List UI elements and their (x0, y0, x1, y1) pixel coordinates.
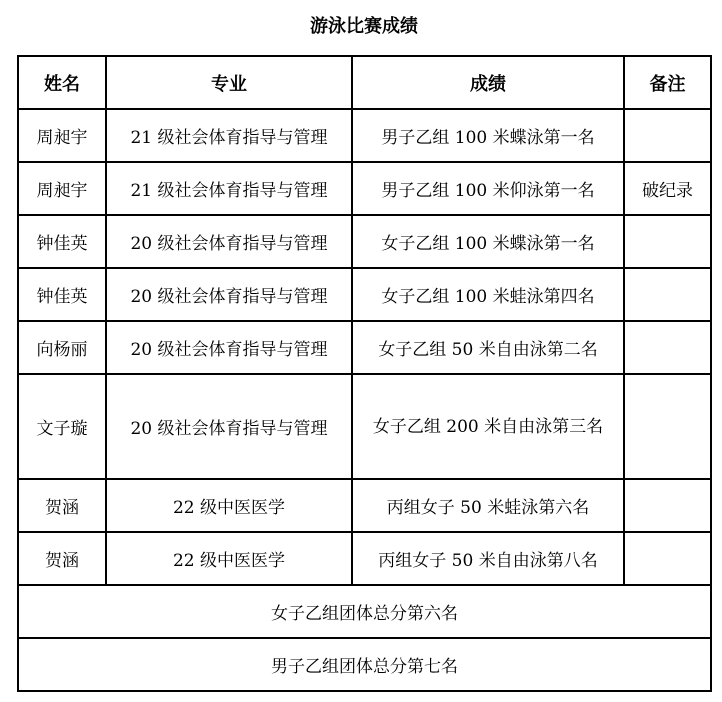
cell-name: 贺涵 (18, 532, 106, 585)
cell-major: 20 级社会体育指导与管理 (106, 321, 352, 374)
table-row: 文子璇 20 级社会体育指导与管理 女子乙组 200 米自由泳第三名 (18, 374, 711, 479)
table-row: 钟佳英 20 级社会体育指导与管理 女子乙组 100 米蛙泳第四名 (18, 268, 711, 321)
cell-result: 男子乙组 100 米仰泳第一名 (352, 162, 624, 215)
header-row: 姓名 专业 成绩 备注 (18, 56, 711, 109)
cell-major: 22 级中医医学 (106, 479, 352, 532)
cell-major: 21 级社会体育指导与管理 (106, 162, 352, 215)
cell-result: 女子乙组 50 米自由泳第二名 (352, 321, 624, 374)
table-row: 向杨丽 20 级社会体育指导与管理 女子乙组 50 米自由泳第二名 (18, 321, 711, 374)
cell-major: 20 级社会体育指导与管理 (106, 268, 352, 321)
cell-result: 丙组女子 50 米蛙泳第六名 (352, 479, 624, 532)
summary-cell: 女子乙组团体总分第六名 (18, 585, 711, 638)
header-major: 专业 (106, 56, 352, 109)
table-row: 周昶宇 21 级社会体育指导与管理 男子乙组 100 米蝶泳第一名 (18, 109, 711, 162)
table-row: 贺涵 22 级中医医学 丙组女子 50 米自由泳第八名 (18, 532, 711, 585)
cell-name: 钟佳英 (18, 215, 106, 268)
cell-result: 女子乙组 100 米蝶泳第一名 (352, 215, 624, 268)
cell-name: 向杨丽 (18, 321, 106, 374)
cell-note (624, 215, 711, 268)
cell-name: 钟佳英 (18, 268, 106, 321)
cell-major: 20 级社会体育指导与管理 (106, 215, 352, 268)
cell-result: 女子乙组 200 米自由泳第三名 (352, 374, 624, 479)
cell-note: 破纪录 (624, 162, 711, 215)
cell-name: 周昶宇 (18, 162, 106, 215)
cell-result: 丙组女子 50 米自由泳第八名 (352, 532, 624, 585)
cell-major: 22 级中医医学 (106, 532, 352, 585)
table-row: 贺涵 22 级中医医学 丙组女子 50 米蛙泳第六名 (18, 479, 711, 532)
cell-note (624, 109, 711, 162)
table-row: 周昶宇 21 级社会体育指导与管理 男子乙组 100 米仰泳第一名 破纪录 (18, 162, 711, 215)
cell-note (624, 532, 711, 585)
cell-note (624, 321, 711, 374)
results-table: 姓名 专业 成绩 备注 周昶宇 21 级社会体育指导与管理 男子乙组 100 米… (17, 55, 712, 692)
table-row: 钟佳英 20 级社会体育指导与管理 女子乙组 100 米蝶泳第一名 (18, 215, 711, 268)
cell-note (624, 374, 711, 479)
header-note: 备注 (624, 56, 711, 109)
cell-note (624, 479, 711, 532)
header-name: 姓名 (18, 56, 106, 109)
summary-row: 男子乙组团体总分第七名 (18, 638, 711, 691)
cell-major: 20 级社会体育指导与管理 (106, 374, 352, 479)
summary-cell: 男子乙组团体总分第七名 (18, 638, 711, 691)
cell-name: 文子璇 (18, 374, 106, 479)
document-title: 游泳比赛成绩 (0, 14, 722, 40)
cell-result: 男子乙组 100 米蝶泳第一名 (352, 109, 624, 162)
cell-name: 贺涵 (18, 479, 106, 532)
summary-row: 女子乙组团体总分第六名 (18, 585, 711, 638)
cell-note (624, 268, 711, 321)
cell-major: 21 级社会体育指导与管理 (106, 109, 352, 162)
header-result: 成绩 (352, 56, 624, 109)
cell-result: 女子乙组 100 米蛙泳第四名 (352, 268, 624, 321)
cell-name: 周昶宇 (18, 109, 106, 162)
